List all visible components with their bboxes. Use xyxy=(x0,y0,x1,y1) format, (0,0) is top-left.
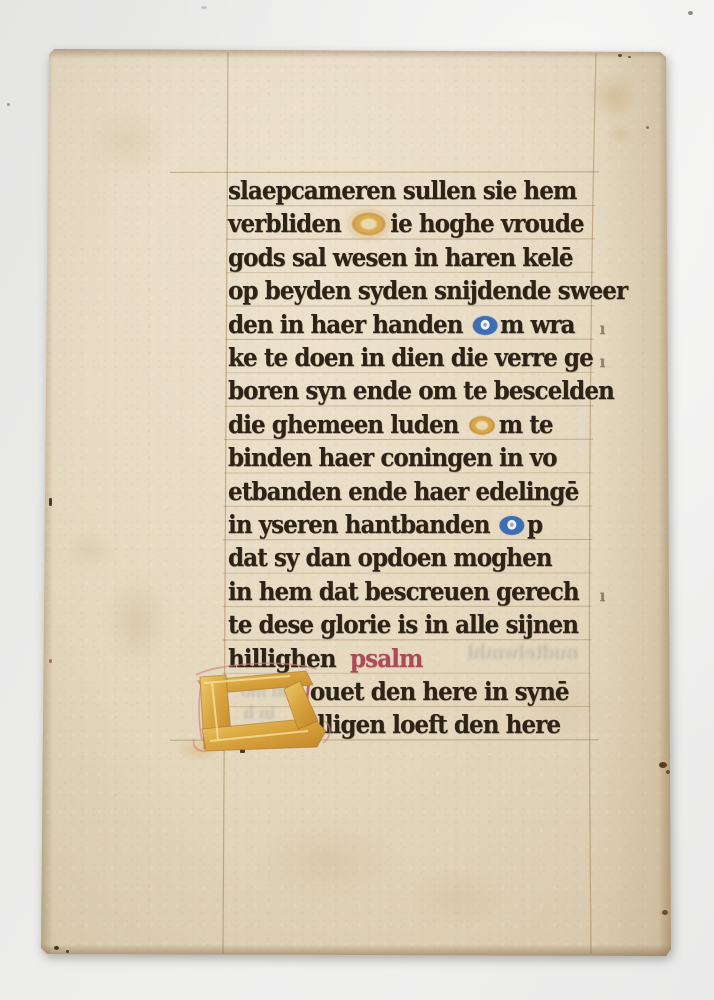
illuminated-initial-L xyxy=(190,659,338,755)
gold-lombard-initial-O xyxy=(467,415,496,436)
text-run: slaepcameren sullen sie hem xyxy=(228,176,576,205)
text-line-13: in hem dat bescreuen gerechı xyxy=(228,575,579,608)
manuscript-leaf: nudtelwmhlbid mōin h slaepcameren sullen… xyxy=(0,0,714,1000)
text-line-12: dat sy dan opdoen moghen xyxy=(228,541,552,574)
text-run: in yseren hantbanden xyxy=(228,510,497,539)
text-run: ie hoghe vroude xyxy=(390,209,583,238)
text-line-11: in yseren hantbanden p xyxy=(228,508,542,541)
line-filler-mark: ı xyxy=(600,579,606,612)
text-run: boren syn ende om te bescelden xyxy=(228,376,614,405)
text-run: binden haer coningen in vo xyxy=(228,443,557,472)
blue-lombard-initial-O xyxy=(499,516,524,535)
text-line-7: boren syn ende om te bescelden xyxy=(228,374,614,407)
text-line-6: ke te doen in dien die verre geı xyxy=(228,341,593,374)
text-line-5: den in haer handen m wraı xyxy=(228,308,575,341)
text-run: m wra xyxy=(500,310,575,339)
text-line-4: op beyden syden snijdende sweer xyxy=(228,274,627,307)
text-run: p xyxy=(527,510,542,539)
text-run: gods sal wesen in haren kelē xyxy=(228,243,573,272)
text-line-1: slaepcameren sullen sie hem xyxy=(228,174,576,207)
photo-background: nudtelwmhlbid mōin h slaepcameren sullen… xyxy=(0,0,714,1000)
text-line-9: binden haer coningen in vo xyxy=(228,441,557,474)
text-line-8: die ghemeen luden m te xyxy=(228,408,553,441)
text-run: dat sy dan opdoen moghen xyxy=(228,543,552,572)
line-filler-mark: ı xyxy=(600,312,606,345)
line-filler-mark: ı xyxy=(600,345,606,378)
text-run: ke te doen in dien die verre ge xyxy=(228,343,593,372)
text-block: slaepcameren sullen sie hemverbliden ie … xyxy=(0,0,714,1000)
text-run: verbliden xyxy=(228,209,348,238)
text-run: in hem dat bescreuen gerech xyxy=(228,577,579,606)
text-run: op beyden syden snijdende sweer xyxy=(228,276,627,305)
text-run: m te xyxy=(499,410,553,439)
leaf-shadow-wrapper: nudtelwmhlbid mōin h slaepcameren sullen… xyxy=(0,0,714,1000)
text-run: te dese glorie is in alle sijnen xyxy=(228,610,578,639)
text-line-10: etbanden ende haer edelingē xyxy=(228,475,578,508)
text-line-2: verbliden ie hoghe vroude xyxy=(228,207,584,240)
text-run: den in haer handen xyxy=(228,310,470,339)
text-line-14: te dese glorie is in alle sijnen xyxy=(228,608,578,641)
blue-lombard-initial-O xyxy=(472,316,497,335)
text-run: etbanden ende haer edelingē xyxy=(228,477,578,506)
text-line-3: gods sal wesen in haren kelē xyxy=(228,241,573,274)
text-run: die ghemeen luden xyxy=(228,410,466,439)
gold-lombard-initial-D xyxy=(350,211,389,237)
text-run: ouet den here in synē xyxy=(310,677,569,706)
rubric-psalm: psalm xyxy=(350,644,422,673)
